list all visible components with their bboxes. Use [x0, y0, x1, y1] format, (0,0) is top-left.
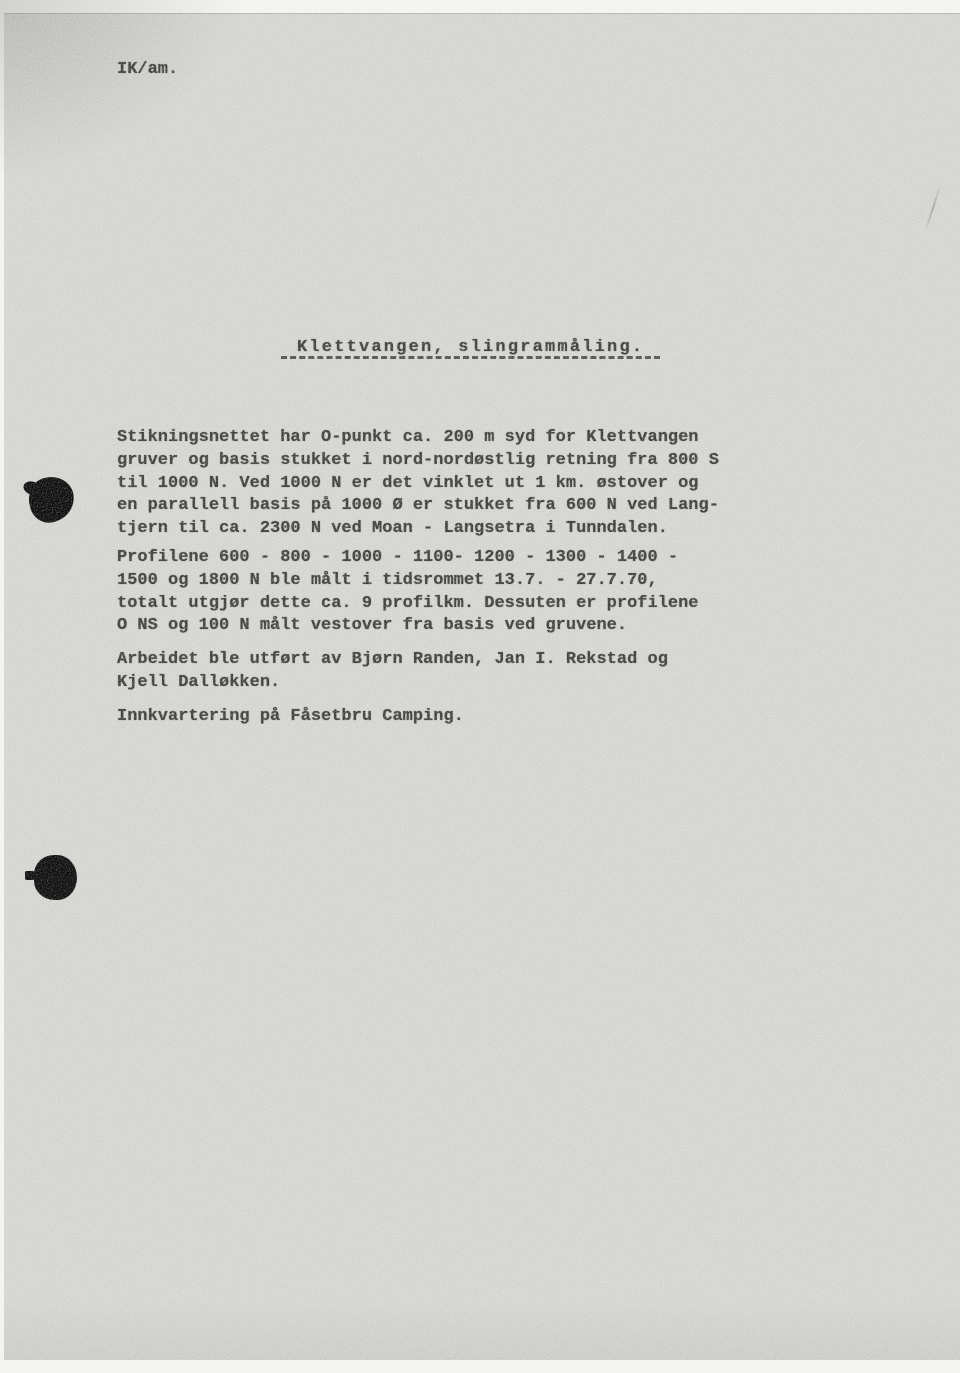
document-ref: IK/am.: [117, 60, 178, 79]
document-body: Stikningsnettet har O-punkt ca. 200 m sy…: [117, 427, 757, 729]
scan-shadow-bottom: [4, 1300, 960, 1360]
scanned-page: IK/am. Klettvangen, slingrammåling. Stik…: [0, 0, 960, 1373]
document-title: Klettvangen, slingrammåling.: [297, 338, 644, 357]
paragraph-survey-grid: Stikningsnettet har O-punkt ca. 200 m sy…: [117, 427, 757, 541]
paragraph-profiles: Profilene 600 - 800 - 1000 - 1100- 1200 …: [117, 547, 757, 638]
ink-blot-bottom: [34, 855, 77, 900]
scratch-mark: [924, 183, 942, 233]
title-underline: [281, 356, 660, 359]
paragraph-lodging: Innkvartering på Fåsetbru Camping.: [117, 706, 757, 729]
scan-shadow-top-left: [0, 0, 274, 204]
paragraph-crew: Arbeidet ble utført av Bjørn Randen, Jan…: [117, 649, 757, 695]
